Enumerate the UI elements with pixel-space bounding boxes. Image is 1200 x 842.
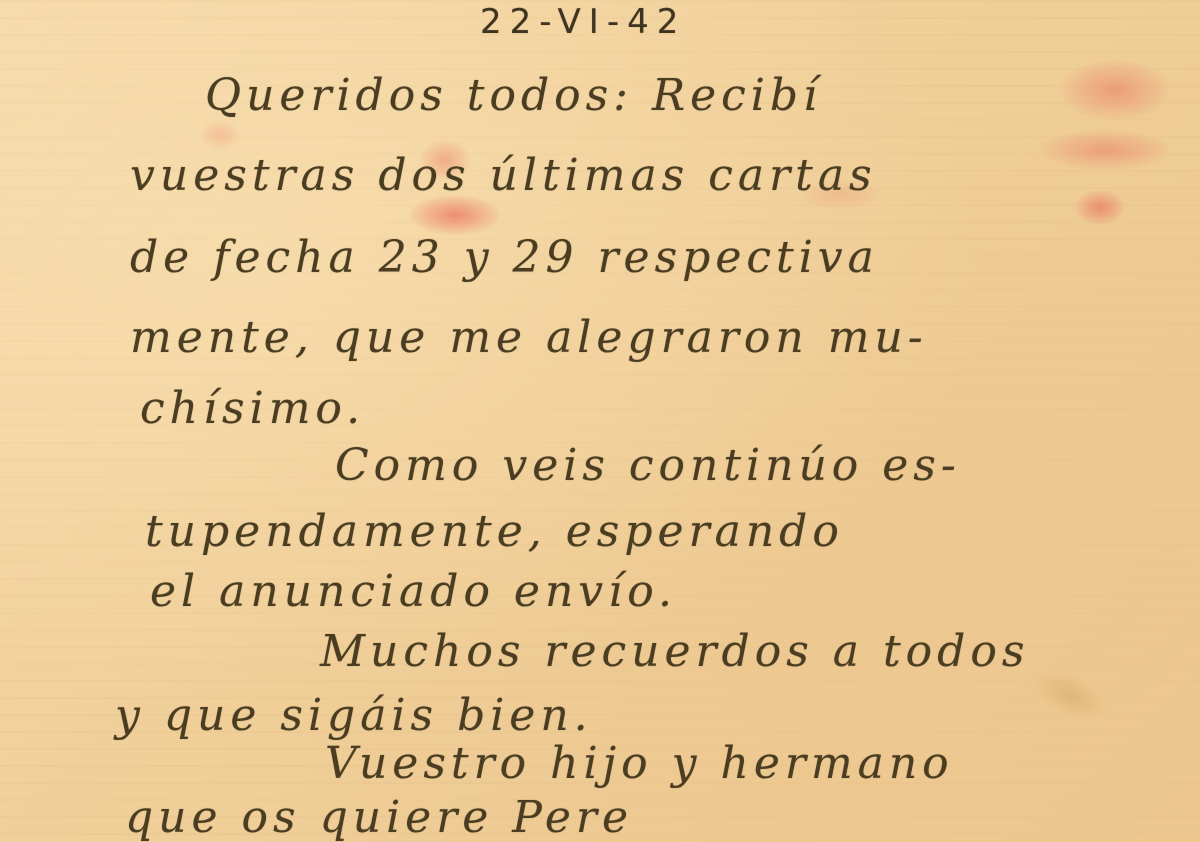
letter-line-7: tupendamente, esperando <box>145 506 844 557</box>
letter-line-5: chísimo. <box>140 383 365 434</box>
letter-signature-line: que os quiere Pere <box>125 792 633 842</box>
letter-line-2: vuestras dos últimas cartas <box>130 150 877 201</box>
letter-line-1: Queridos todos: Recibí <box>205 70 822 121</box>
letter-date: 22-VI-42 <box>480 2 686 42</box>
letter-line-9: Muchos recuerdos a todos <box>320 626 1029 677</box>
letter-line-10: y que sigáis bien. <box>115 690 593 741</box>
letter-line-11: Vuestro hijo y hermano <box>325 738 954 789</box>
letter-line-4: mente, que me alegraron mu- <box>130 312 928 363</box>
letter-line-6: Como veis continúo es- <box>335 440 961 491</box>
letter-line-8: el anunciado envío. <box>150 566 677 617</box>
letter-line-3: de fecha 23 y 29 respectiva <box>130 232 879 283</box>
